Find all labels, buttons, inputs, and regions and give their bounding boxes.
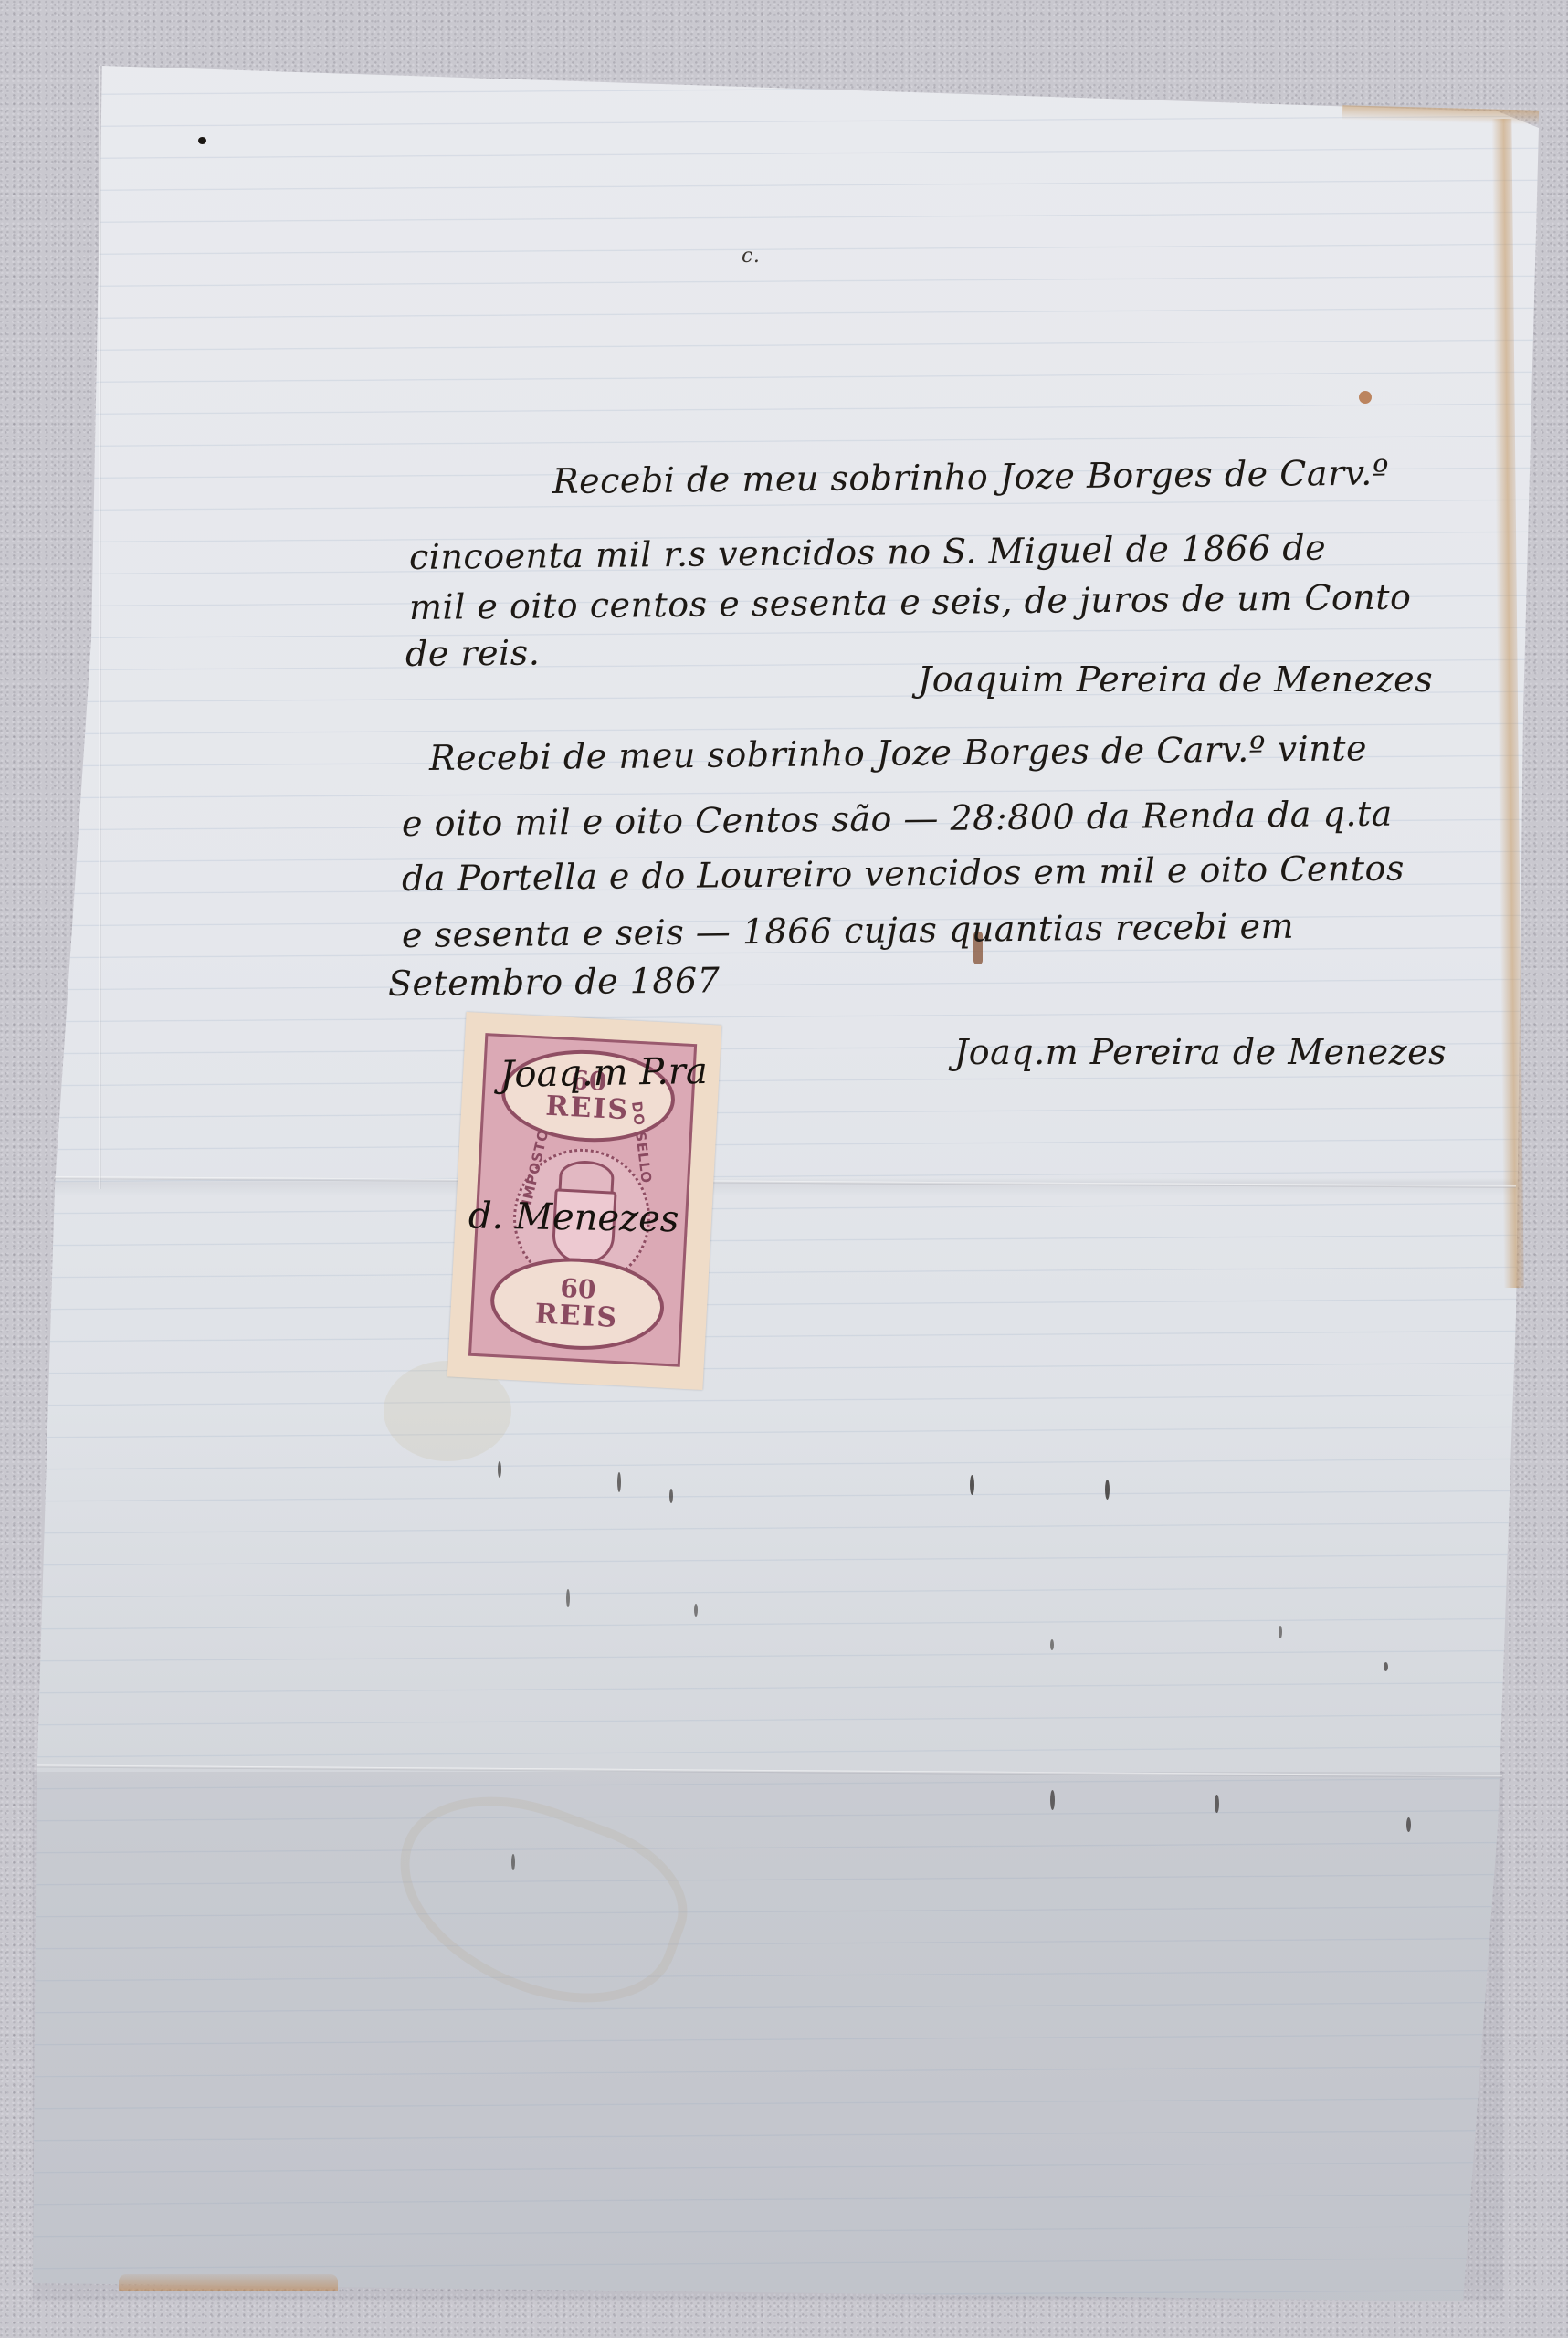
stamp-cancellation-line-2: d. Menezes xyxy=(468,1195,679,1240)
ink-speck xyxy=(1215,1795,1219,1813)
receipt-2-signature: Joaq.m Pereira de Menezes xyxy=(954,1032,1447,1072)
stamp-value-oval-bottom: 60 REIS xyxy=(489,1254,667,1354)
receipt-2-line-5: Setembro de 1867 xyxy=(388,960,721,1004)
ink-speck xyxy=(1406,1817,1411,1832)
top-center-mark: c. xyxy=(742,245,760,268)
stamp-unit-bottom: REIS xyxy=(534,1300,619,1333)
lower-panel-shading xyxy=(33,1772,1503,2301)
ink-speck xyxy=(669,1489,673,1503)
bottom-edge-stain xyxy=(119,2274,338,2291)
ink-dot xyxy=(198,137,206,144)
ink-speck xyxy=(566,1589,570,1607)
receipt-1-line-4: de reis. xyxy=(405,632,541,674)
left-margin-fold xyxy=(99,66,101,1189)
stamp-unit-top: REIS xyxy=(545,1092,630,1126)
ink-speck xyxy=(694,1604,698,1617)
revenue-stamp: 60 REIS IMPOSTO DO SELLO 60 REIS Joaq.m … xyxy=(447,1012,722,1390)
ink-speck xyxy=(1050,1639,1054,1650)
ink-speck xyxy=(1279,1626,1282,1638)
ink-speck xyxy=(498,1461,501,1478)
ink-speck xyxy=(617,1472,621,1492)
rust-spot xyxy=(1359,391,1372,404)
ink-speck xyxy=(970,1475,974,1495)
ink-speck xyxy=(1105,1480,1110,1500)
document-page: c. Recebi de meu sobrinho Joze Borges de… xyxy=(0,0,1568,2338)
receipt-1-signature: Joaquim Pereira de Menezes xyxy=(918,659,1433,700)
stamp-ring-text-left: IMPOSTO xyxy=(519,1127,552,1206)
ink-speck xyxy=(1384,1662,1388,1671)
ink-speck xyxy=(1050,1790,1055,1810)
stamp-cancellation-line-1: Joaq.m P.ra xyxy=(500,1050,708,1096)
